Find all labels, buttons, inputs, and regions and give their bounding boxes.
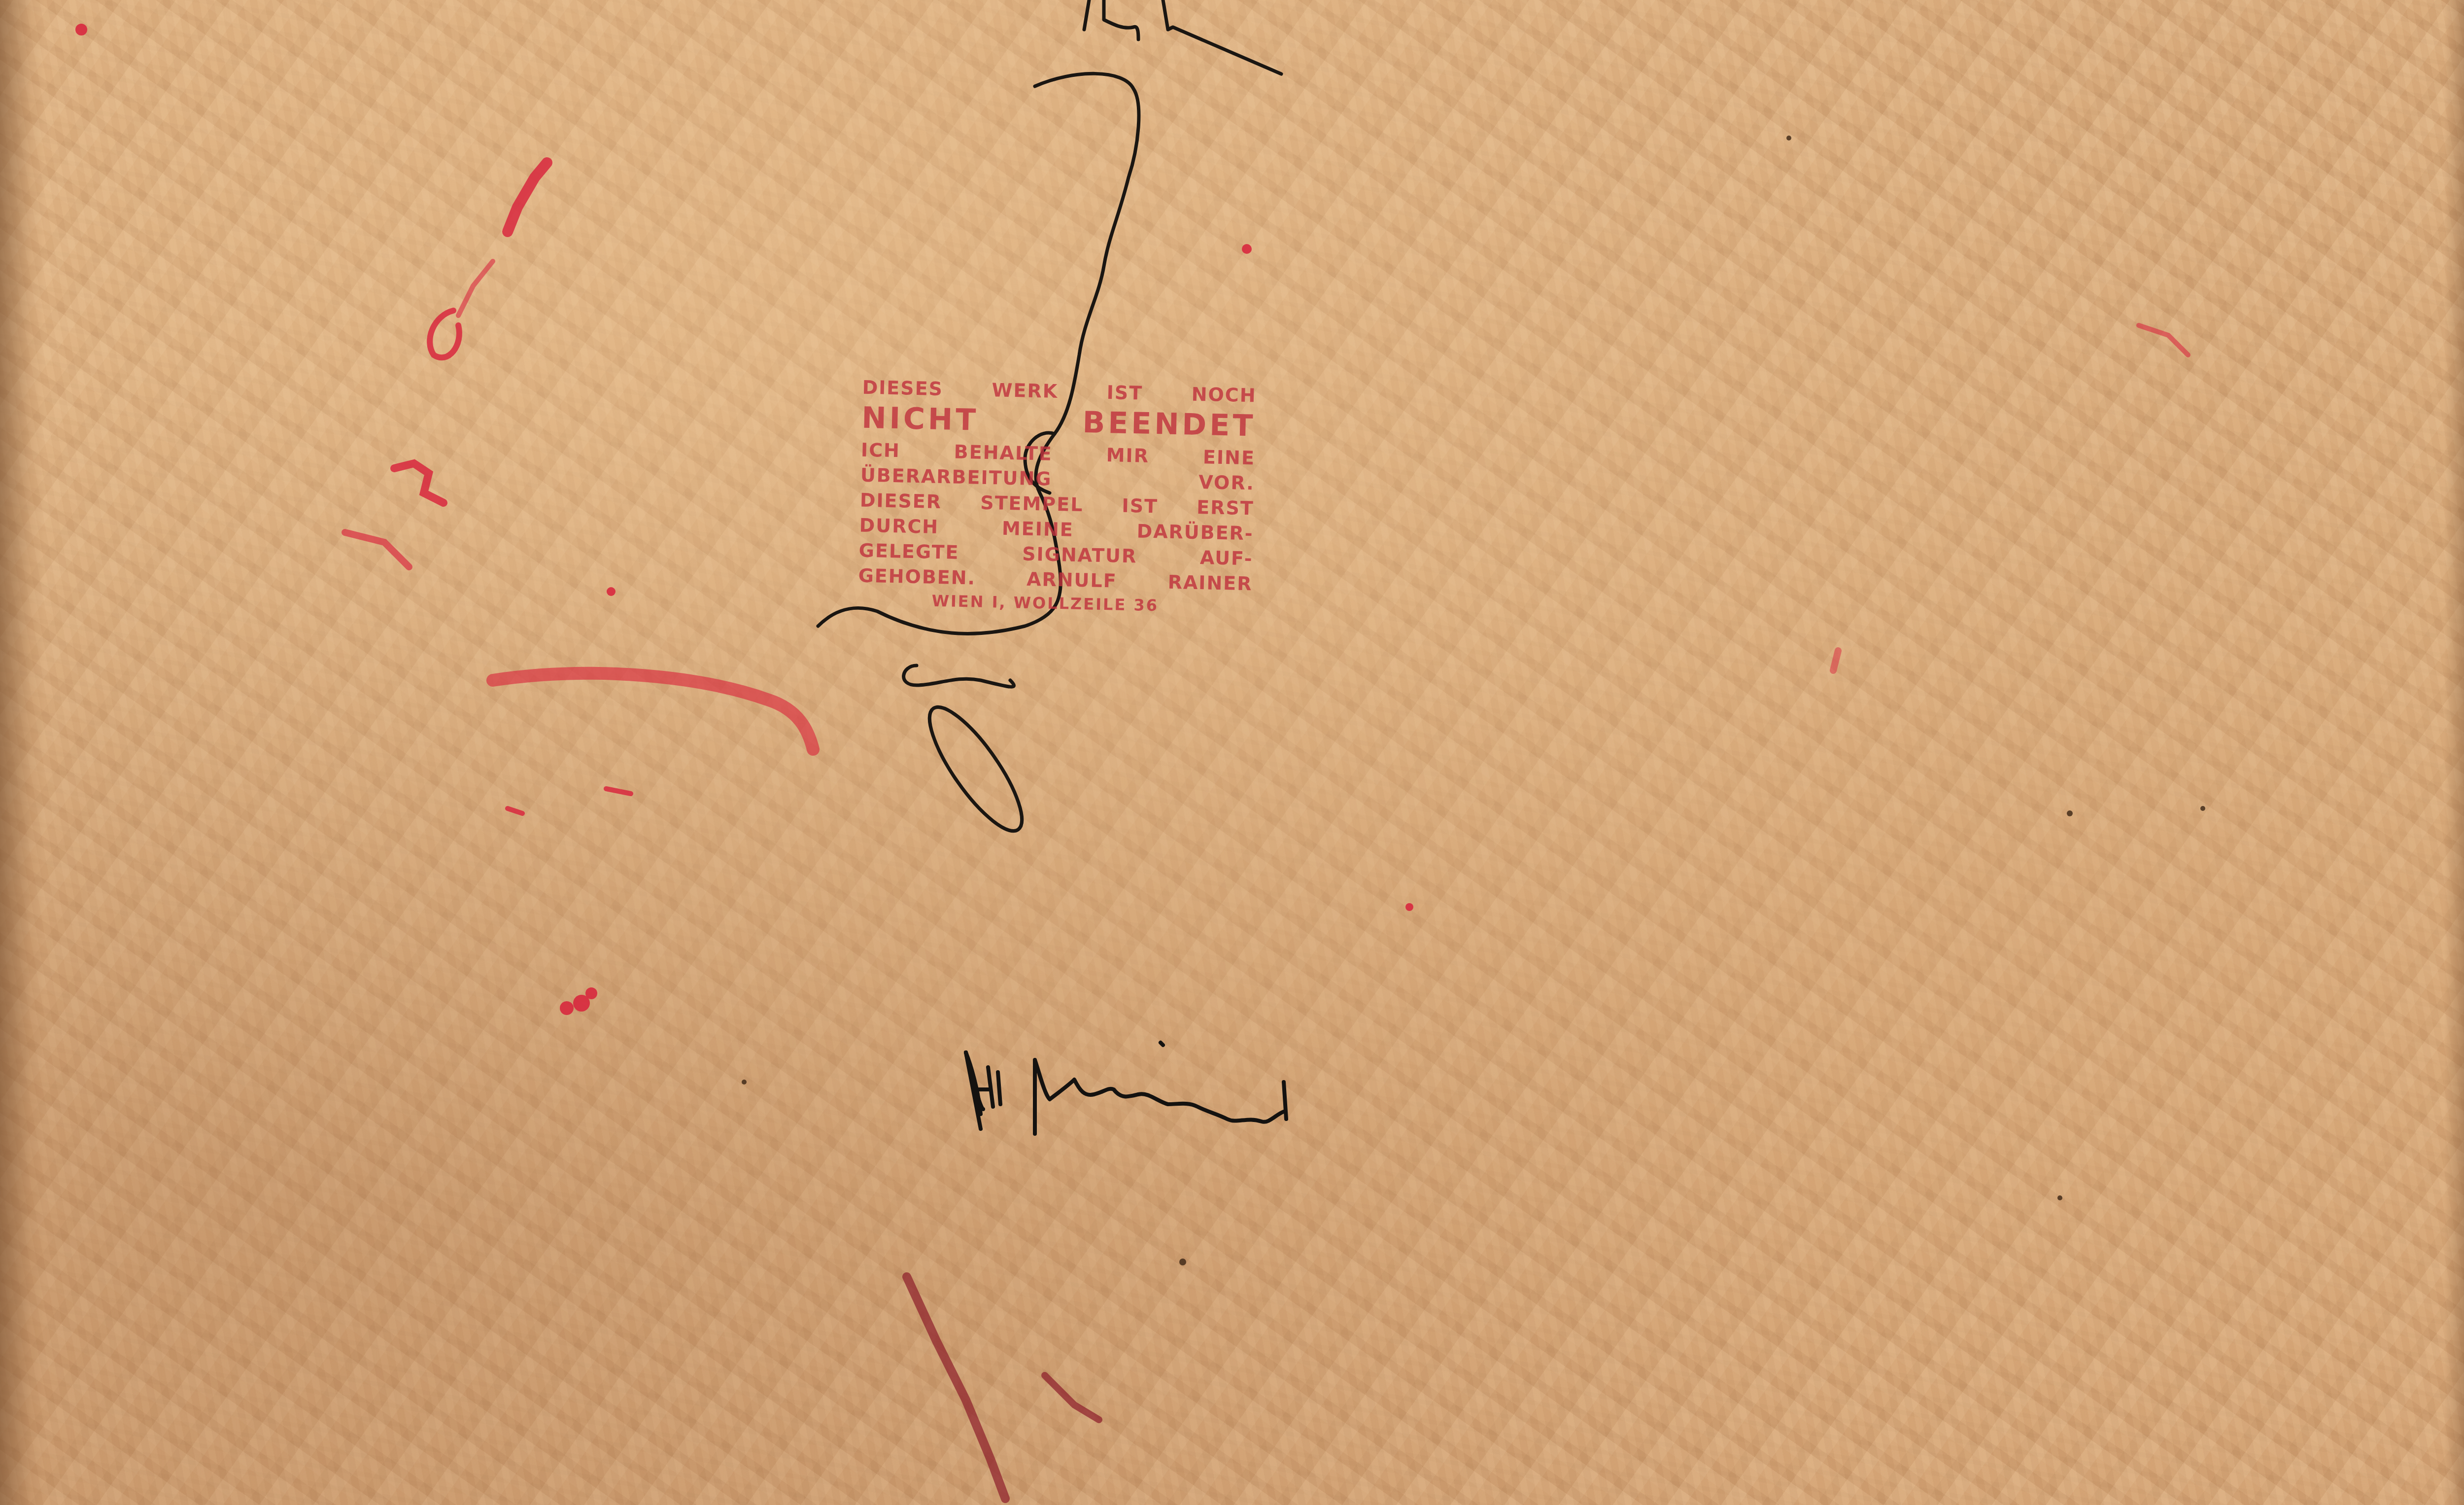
stamp-line-7: gelegte Signatur auf- xyxy=(858,541,1253,568)
stamp-line-3: Ich behalte mir eine xyxy=(861,441,1256,468)
stamp-line-6: durch meine darüber- xyxy=(859,516,1254,543)
dark-flecks xyxy=(742,136,2205,1265)
artist-signature xyxy=(966,1043,1286,1134)
stamp-line-2: nicht beendet xyxy=(861,403,1256,441)
bottom-red-streaks xyxy=(907,1277,1099,1499)
stamp-line-5: Dieser Stempel ist erst xyxy=(860,491,1255,518)
red-paint-marks xyxy=(345,163,2188,813)
stamp-line-8: gehoben. Arnulf Rainer xyxy=(858,566,1253,594)
unfinished-work-stamp: Dieses Werk ist noch nicht beendet Ich b… xyxy=(857,378,1257,622)
stamp-line-9: Wien I, Wollzeile 36 xyxy=(857,592,1252,616)
paint-and-crayon-marks xyxy=(0,0,2464,1505)
stamp-line-4: Überarbeitung vor. xyxy=(860,466,1255,493)
